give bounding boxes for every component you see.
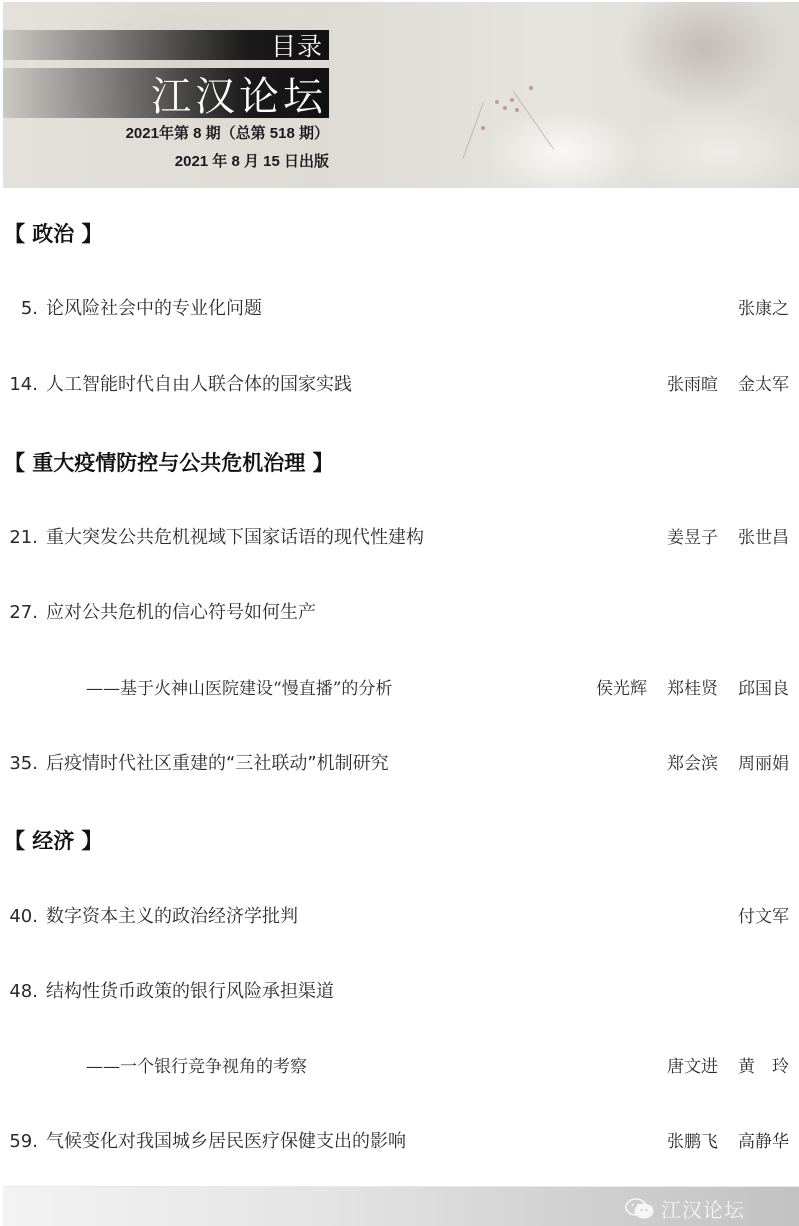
decorative-stamen	[503, 106, 507, 110]
decorative-stamen	[510, 98, 514, 102]
entry-title: 48.结构性货币政策的银行风险承担渠道	[4, 977, 334, 1003]
decorative-stem	[513, 91, 554, 149]
author: 邱国良	[738, 674, 789, 699]
toc-entry[interactable]: 21.重大突发公共危机视域下国家话语的现代性建构 姜昱子 张世昌	[0, 523, 799, 549]
toc-entry-subtitle-row[interactable]: ——基于火神山医院建设“慢直播”的分析 侯光辉 郑桂贤 邱国良	[0, 674, 799, 700]
section-heading-economy: 【 经济 】	[4, 825, 103, 855]
author: 张鹏飞	[667, 1127, 718, 1152]
entry-title: 40.数字资本主义的政治经济学批判	[4, 902, 298, 928]
author: 付文军	[738, 902, 789, 927]
entry-title-text: 气候变化对我国城乡居民医疗保健支出的影响	[46, 1131, 406, 1152]
entry-title-text: 重大突发公共危机视域下国家话语的现代性建构	[46, 527, 424, 548]
entry-page: 5.	[4, 298, 38, 319]
entry-page: 27.	[4, 602, 38, 623]
entry-page: 40.	[4, 906, 38, 927]
entry-authors: 张鹏飞 高静华	[667, 1127, 789, 1152]
entry-title-text: 结构性货币政策的银行风险承担渠道	[46, 981, 334, 1002]
entry-authors: 唐文进 黄 玲	[667, 1052, 789, 1077]
entry-authors: 张康之	[738, 294, 789, 319]
watermark: 江汉论坛	[625, 1194, 745, 1223]
toc-entry-subtitle-row[interactable]: ——一个银行竞争视角的考察 唐文进 黄 玲	[0, 1052, 799, 1078]
entry-subtitle: ——一个银行竞争视角的考察	[86, 1052, 307, 1077]
section-heading-politics: 【 政治 】	[4, 218, 103, 248]
author: 张雨暄	[667, 370, 718, 395]
decorative-stamen	[481, 126, 485, 130]
entry-title-text: 数字资本主义的政治经济学批判	[46, 906, 298, 927]
entry-page: 21.	[4, 527, 38, 548]
author: 高静华	[738, 1127, 789, 1152]
toc-entry[interactable]: 35.后疫情时代社区重建的“三社联动”机制研究 郑会滨 周丽娟	[0, 749, 799, 775]
author: 姜昱子	[667, 523, 718, 548]
entry-page: 35.	[4, 753, 38, 774]
entry-title-text: 应对公共危机的信心符号如何生产	[46, 602, 316, 623]
author: 金太军	[738, 370, 789, 395]
entry-page: 59.	[4, 1131, 38, 1152]
entry-authors: 付文军	[738, 902, 789, 927]
author: 唐文进	[667, 1052, 718, 1077]
toc-entry[interactable]: 14.人工智能时代自由人联合体的国家实践 张雨暄 金太军	[0, 370, 799, 396]
entry-title: 14.人工智能时代自由人联合体的国家实践	[4, 370, 352, 396]
wechat-icon	[625, 1198, 655, 1220]
toc-entry[interactable]: 59.气候变化对我国城乡居民医疗保健支出的影响 张鹏飞 高静华	[0, 1127, 799, 1153]
entry-title: 21.重大突发公共危机视域下国家话语的现代性建构	[4, 523, 424, 549]
author: 张世昌	[738, 523, 789, 548]
entry-page: 48.	[4, 981, 38, 1002]
entry-title-text: 论风险社会中的专业化问题	[46, 298, 262, 319]
watermark-label: 江汉论坛	[661, 1194, 745, 1223]
publication-date: 2021 年 8 月 15 日出版	[175, 150, 329, 171]
entry-title-text: 人工智能时代自由人联合体的国家实践	[46, 374, 352, 395]
journal-name-bar: 江汉论坛	[3, 68, 329, 118]
section-heading-epidemic: 【 重大疫情防控与公共危机治理 】	[4, 447, 334, 477]
issue-number: 2021年第 8 期（总第 518 期）	[126, 122, 329, 143]
entry-page: 14.	[4, 374, 38, 395]
journal-name: 江汉论坛	[151, 65, 327, 122]
entry-authors: 姜昱子 张世昌	[667, 523, 789, 548]
author: 郑桂贤	[667, 674, 718, 699]
entry-title-text: 后疫情时代社区重建的“三社联动”机制研究	[46, 753, 389, 774]
author: 侯光辉	[596, 674, 647, 699]
entry-title: 59.气候变化对我国城乡居民医疗保健支出的影响	[4, 1127, 406, 1153]
entry-title: 5.论风险社会中的专业化问题	[4, 294, 262, 320]
entry-authors: 郑会滨 周丽娟	[667, 749, 789, 774]
decorative-stamen	[515, 108, 519, 112]
entry-subtitle: ——基于火神山医院建设“慢直播”的分析	[86, 674, 392, 699]
entry-title: 35.后疫情时代社区重建的“三社联动”机制研究	[4, 749, 389, 775]
author: 郑会滨	[667, 749, 718, 774]
entry-title: 27.应对公共危机的信心符号如何生产	[4, 598, 316, 624]
toc-entry[interactable]: 40.数字资本主义的政治经济学批判 付文军	[0, 902, 799, 928]
toc-entry[interactable]: 5.论风险社会中的专业化问题 张康之	[0, 294, 799, 320]
contents-label: 目录	[271, 27, 323, 63]
toc-entry[interactable]: 48.结构性货币政策的银行风险承担渠道	[0, 977, 799, 1003]
contents-label-bar: 目录	[3, 30, 329, 60]
decorative-stamen	[529, 86, 533, 90]
entry-authors: 张雨暄 金太军	[667, 370, 789, 395]
author: 张康之	[738, 294, 789, 319]
decorative-stem	[462, 102, 483, 159]
entry-authors: 侯光辉 郑桂贤 邱国良	[596, 674, 789, 699]
toc-entry[interactable]: 27.应对公共危机的信心符号如何生产	[0, 598, 799, 624]
decorative-stamen	[495, 100, 499, 104]
author: 周丽娟	[738, 749, 789, 774]
author: 黄 玲	[738, 1052, 789, 1077]
